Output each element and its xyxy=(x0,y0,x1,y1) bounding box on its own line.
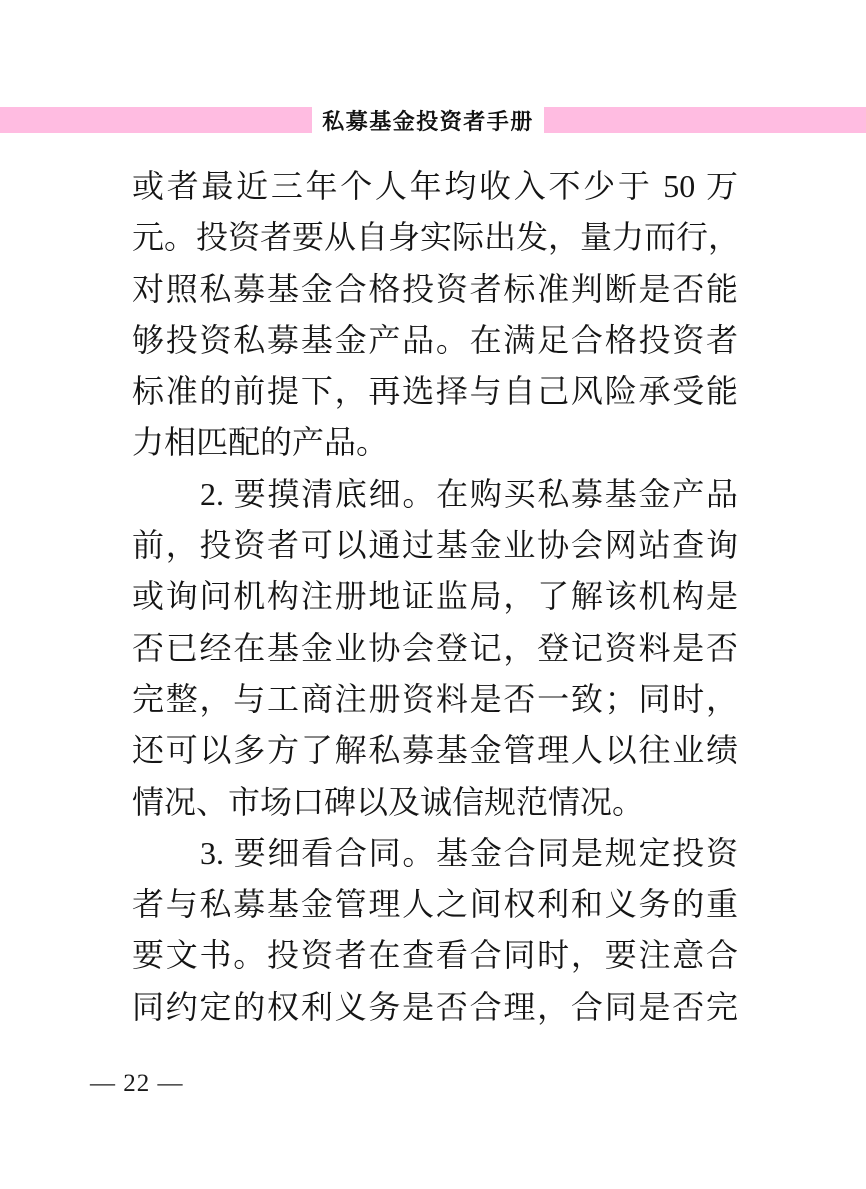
text-line: 标准的前提下，再选择与自己风险承受能 xyxy=(132,366,738,417)
text-line: 元。投资者要从自身实际出发，量力而行， xyxy=(132,212,738,263)
page-number: — 22 — xyxy=(90,1070,184,1097)
text-line: 情况、市场口碑以及诚信规范情况。 xyxy=(132,777,738,828)
text-line: 要文书。投资者在查看合同时，要注意合 xyxy=(132,930,738,981)
paragraph-3: 3. 要细看合同。基金合同是规定投资 者与私募基金管理人之间权利和义务的重 要文… xyxy=(132,828,738,1033)
paragraph-1: 或者最近三年个人年均收入不少于 50 万 元。投资者要从自身实际出发，量力而行，… xyxy=(132,161,738,469)
text-line: 还可以多方了解私募基金管理人以往业绩 xyxy=(132,725,738,776)
body-text: 或者最近三年个人年均收入不少于 50 万 元。投资者要从自身实际出发，量力而行，… xyxy=(132,161,738,1033)
book-page: 私募基金投资者手册 或者最近三年个人年均收入不少于 50 万 元。投资者要从自身… xyxy=(0,0,866,1189)
text-line: 同约定的权利义务是否合理，合同是否完 xyxy=(132,982,738,1033)
text-line: 3. 要细看合同。基金合同是规定投资 xyxy=(132,828,738,879)
text-line: 完整，与工商注册资料是否一致；同时， xyxy=(132,674,738,725)
page-footer: — 22 — xyxy=(90,1070,184,1098)
text-line: 够投资私募基金产品。在满足合格投资者 xyxy=(132,315,738,366)
running-head-title: 私募基金投资者手册 xyxy=(322,105,534,136)
text-line: 或者最近三年个人年均收入不少于 50 万 xyxy=(132,161,738,212)
text-line: 否已经在基金业协会登记，登记资料是否 xyxy=(132,623,738,674)
text-line: 者与私募基金管理人之间权利和义务的重 xyxy=(132,879,738,930)
header-rule-right xyxy=(544,107,866,133)
text-line: 对照私募基金合格投资者标准判断是否能 xyxy=(132,264,738,315)
running-head-wrap: 私募基金投资者手册 xyxy=(312,105,544,136)
page-header: 私募基金投资者手册 xyxy=(0,106,866,134)
text-line: 2. 要摸清底细。在购买私募基金产品 xyxy=(132,469,738,520)
text-line: 或询问机构注册地证监局，了解该机构是 xyxy=(132,571,738,622)
text-line: 前，投资者可以通过基金业协会网站查询 xyxy=(132,520,738,571)
text-line: 力相匹配的产品。 xyxy=(132,417,738,468)
paragraph-2: 2. 要摸清底细。在购买私募基金产品 前，投资者可以通过基金业协会网站查询 或询… xyxy=(132,469,738,828)
header-rule-left xyxy=(0,107,312,133)
